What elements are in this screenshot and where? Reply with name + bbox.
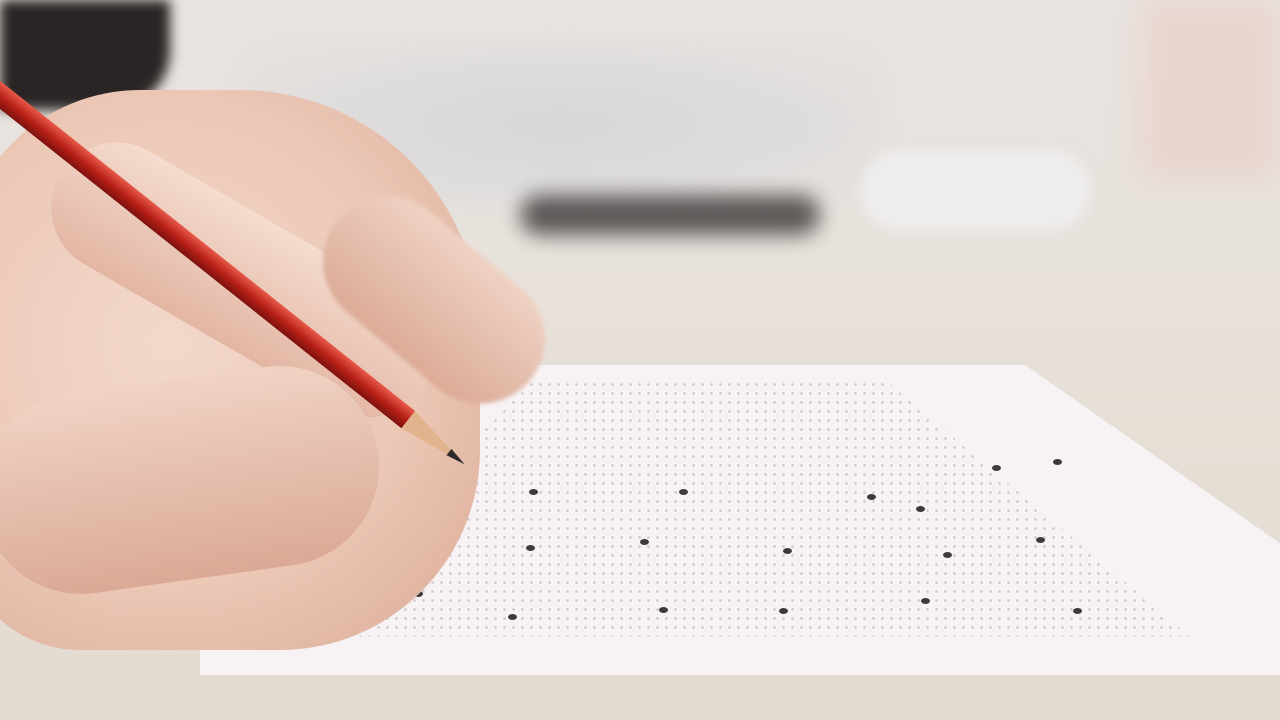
filled-bubble [508, 614, 517, 620]
filled-bubble [783, 548, 792, 554]
keyboard-shadow [520, 195, 820, 235]
filled-bubble [640, 539, 649, 545]
filled-bubble [679, 489, 688, 495]
filled-bubble [659, 607, 668, 613]
filled-bubble [526, 545, 535, 551]
filled-bubble [943, 552, 952, 558]
filled-bubble [916, 506, 925, 512]
filled-bubble [1036, 537, 1045, 543]
filled-bubble [867, 494, 876, 500]
filled-bubble [921, 598, 930, 604]
filled-bubble [992, 465, 1001, 471]
blurred-mouse [860, 150, 1090, 230]
blurred-object [1140, 0, 1280, 180]
filled-bubble [529, 489, 538, 495]
filled-bubble [779, 608, 788, 614]
filled-bubble [1053, 459, 1062, 465]
filled-bubble [1073, 608, 1082, 614]
